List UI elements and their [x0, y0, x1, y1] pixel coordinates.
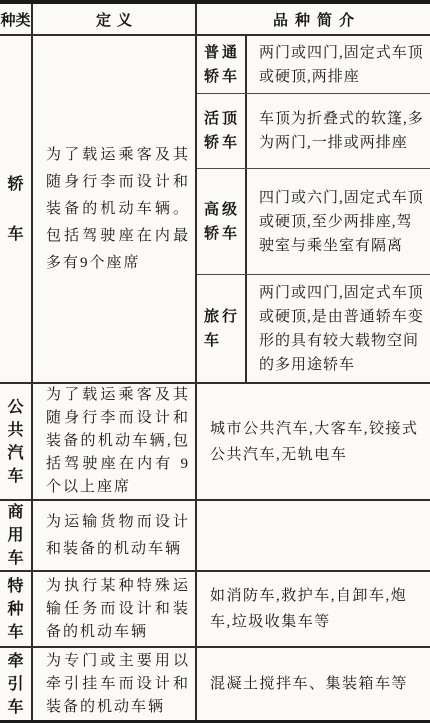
type-char: 车: [7, 468, 23, 485]
table-row-commercial: 商 用 车 为运输货物而设计和装备的机动车辆: [0, 501, 430, 572]
subtype-row-standard-sedan: 普通轿车 两门或四门,固定式车顶或硬顶,两排座: [197, 36, 430, 94]
header-cell-intro: 品种简介: [197, 4, 430, 34]
subtype-name-cell: 高级轿车: [197, 169, 247, 274]
subtype-row-station-wagon: 旅行车 两门或四门,固定式车顶或硬顶,是由普通轿车变形的具有较大载物空间的多用途…: [197, 275, 430, 382]
subtype-name: 旅行车: [197, 305, 245, 353]
scanned-page: 种类 定义 品种简介 轿 车 为了载运乘客及其随身行李而设计和装备的机动车辆。包…: [0, 0, 430, 723]
subtype-name-cell: 活顶轿车: [197, 94, 247, 168]
intro-text: 城市公共汽车,大客车,铰接式公共汽车,无轨电车: [197, 416, 430, 468]
subtype-desc-cell: 两门或四门,固定式车顶或硬顶,是由普通轿车变形的具有较大载物空间的多用途轿车: [247, 275, 430, 382]
subtype-name: 普通轿车: [197, 41, 245, 89]
table-row-bus: 公 共 汽 车 为了载运乘客及其随身行李而设计和装备的机动车辆,包括驾驶座在内有…: [0, 384, 430, 501]
subtype-desc: 车顶为折叠式的软篷,多为两门,一排或两排座: [247, 107, 430, 155]
type-char: 轿: [7, 176, 23, 193]
type-char: 牵: [7, 653, 23, 670]
definition-text: 为了载运乘客及其随身行李而设计和装备的机动车辆。包括驾驶座在内最多有9个座席: [33, 142, 195, 277]
type-char: 汽: [7, 445, 23, 462]
type-cell-sedan: 轿 车: [0, 36, 33, 382]
type-char: 公: [7, 399, 23, 416]
intro-cell-special: 如消防车,救护车,自卸车,炮车,垃圾收集车等: [197, 572, 430, 646]
definition-text: 为运输货物而设计和装备的机动车辆: [33, 509, 195, 563]
subtype-desc-cell: 两门或四门,固定式车顶或硬顶,两排座: [247, 36, 430, 93]
type-cell-special: 特 种 车: [0, 572, 33, 646]
subtype-desc-cell: 车顶为折叠式的软篷,多为两门,一排或两排座: [247, 94, 430, 168]
type-cell-commercial: 商 用 车: [0, 501, 33, 570]
subtype-desc: 两门或四门,固定式车顶或硬顶,两排座: [247, 41, 430, 89]
type-char: 特: [7, 578, 23, 595]
intro-cell-commercial: [197, 501, 430, 570]
vehicle-classification-table: 种类 定义 品种简介 轿 车 为了载运乘客及其随身行李而设计和装备的机动车辆。包…: [0, 0, 430, 723]
header-cell-definition: 定义: [33, 4, 197, 34]
definition-cell-bus: 为了载运乘客及其随身行李而设计和装备的机动车辆,包括驾驶座在内有 9 个以上座席: [33, 384, 197, 499]
definition-cell-tractor: 为专门或主要用以牵引挂车而设计和装备的机动车辆: [33, 648, 197, 720]
type-char: 种: [7, 601, 23, 618]
type-cell-tractor: 牵 引 车: [0, 648, 33, 720]
table-row-special: 特 种 车 为执行某种特殊运输任务而设计和装备的机动车辆 如消防车,救护车,自卸…: [0, 572, 430, 648]
intro-text: 如消防车,救护车,自卸车,炮车,垃圾收集车等: [197, 583, 430, 635]
header-cell-type: 种类: [0, 4, 33, 34]
subtype-name-cell: 旅行车: [197, 275, 247, 382]
type-char: 引: [7, 676, 23, 693]
subtype-name: 活顶轿车: [197, 107, 245, 155]
table-row-tractor: 牵 引 车 为专门或主要用以牵引挂车而设计和装备的机动车辆 混凝土搅拌车、集装箱…: [0, 648, 430, 720]
type-char: 商: [7, 504, 23, 521]
type-cell-bus: 公 共 汽 车: [0, 384, 33, 499]
definition-text: 为专门或主要用以牵引挂车而设计和装备的机动车辆: [33, 650, 195, 719]
definition-cell-special: 为执行某种特殊运输任务而设计和装备的机动车辆: [33, 572, 197, 646]
subtype-desc: 四门或六门,固定式车顶或硬顶,至少两排座,驾驶室与乘坐室有隔离: [247, 186, 430, 258]
subtype-name-cell: 普通轿车: [197, 36, 247, 93]
intro-cell-bus: 城市公共汽车,大客车,铰接式公共汽车,无轨电车: [197, 384, 430, 499]
subtype-row-luxury-sedan: 高级轿车 四门或六门,固定式车顶或硬顶,至少两排座,驾驶室与乘坐室有隔离: [197, 169, 430, 275]
table-header-row: 种类 定义 品种简介: [0, 4, 430, 36]
type-char: 用: [7, 527, 23, 544]
type-char: 车: [7, 624, 23, 641]
definition-text: 为执行某种特殊运输任务而设计和装备的机动车辆: [33, 575, 195, 644]
intro-cell-tractor: 混凝土搅拌车、集装箱车等: [197, 648, 430, 720]
intro-text: 混凝土搅拌车、集装箱车等: [197, 671, 416, 697]
type-char: 车: [7, 699, 23, 716]
subtype-row-convertible-sedan: 活顶轿车 车顶为折叠式的软篷,多为两门,一排或两排座: [197, 94, 430, 169]
subtype-desc-cell: 四门或六门,固定式车顶或硬顶,至少两排座,驾驶室与乘坐室有隔离: [247, 169, 430, 274]
type-char: 共: [7, 422, 23, 439]
sedan-subtype-table: 普通轿车 两门或四门,固定式车顶或硬顶,两排座 活顶轿车 车顶为折叠式的软篷,多…: [197, 36, 430, 382]
subtype-desc: 两门或四门,固定式车顶或硬顶,是由普通轿车变形的具有较大载物空间的多用途轿车: [247, 281, 430, 377]
definition-cell-commercial: 为运输货物而设计和装备的机动车辆: [33, 501, 197, 570]
subtype-name: 高级轿车: [197, 198, 245, 246]
definition-cell-sedan: 为了载运乘客及其随身行李而设计和装备的机动车辆。包括驾驶座在内最多有9个座席: [33, 36, 197, 382]
type-char: 车: [7, 226, 23, 243]
type-char: 车: [7, 550, 23, 567]
table-row-sedan: 轿 车 为了载运乘客及其随身行李而设计和装备的机动车辆。包括驾驶座在内最多有9个…: [0, 36, 430, 384]
definition-text: 为了载运乘客及其随身行李而设计和装备的机动车辆,包括驾驶座在内有 9 个以上座席: [33, 384, 195, 499]
